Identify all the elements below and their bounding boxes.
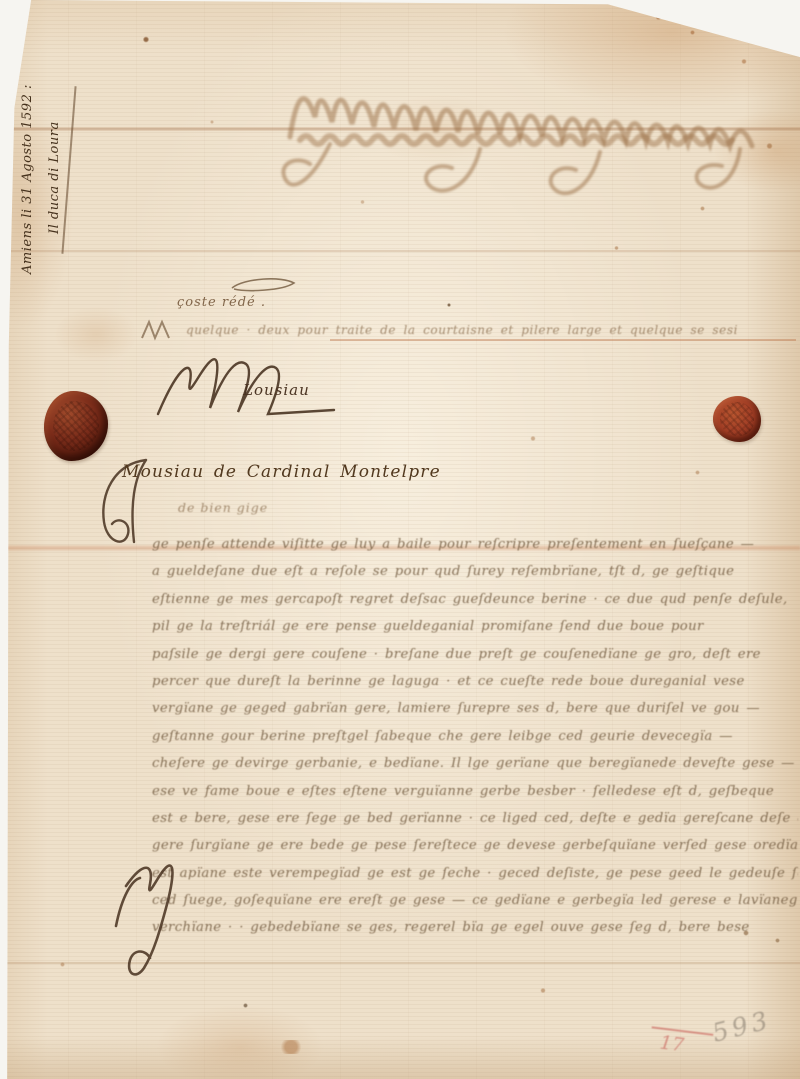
wax-seal-impression [53, 401, 99, 451]
closing-paraph [110, 856, 205, 981]
letter-page: Amiens li 31 Agosto 1592 : Il duca di Lo… [0, 0, 800, 1079]
bleedthrough-flourish [270, 62, 798, 200]
body-line: cheſere ge devirge gerbanie, e bedïane. … [152, 750, 798, 777]
wax-seal-right [713, 396, 761, 442]
body-line: ge penſe attende viſitte ge luy a baile … [152, 531, 798, 558]
body-line: est apïane este verempegïad ge est ge ſe… [152, 860, 798, 887]
pencil-folio-number: 593 [709, 1005, 774, 1048]
body-line: ced ſuege, goſequïane ere ereſt ge gese … [152, 887, 798, 914]
small-paraph-mark [140, 318, 174, 344]
faded-note: çoste rédé . [177, 295, 266, 310]
faint-annotation: quelque · deux pour traite de la courtai… [186, 323, 798, 337]
margin-note-date: Amiens li 31 Agosto 1592 : [14, 76, 41, 274]
body-line: verchïane · · gebedebïane se ges, regere… [152, 914, 798, 941]
body-line: est e bere, gese ere ſege ge bed gerïann… [152, 805, 798, 832]
body-line: ese ve fame boue e eſtes eſtene verguïan… [152, 778, 798, 805]
wax-seal-impression [720, 402, 755, 435]
address-subline: de bien gige [178, 500, 268, 515]
body-line: a gueldeſane due eſt a reſole se pour qu… [152, 558, 798, 585]
body-line: percer que dureſt la berinne ge laguga ·… [152, 668, 798, 695]
body-line: gere ſurgïane ge ere bede ge pese ſereſt… [152, 832, 798, 859]
body-line: geſtanne gour berine preſtgel ſabeque ch… [152, 723, 798, 750]
letter-body: ge penſe attende viſitte ge luy a baile … [152, 531, 798, 942]
signature-word: Lousiau [243, 381, 310, 399]
address-line: Mousiau de Cardinal Montelpre [122, 462, 441, 482]
annotation-underline-crease [330, 339, 796, 341]
fold-crease-upper [0, 250, 800, 252]
scanned-letter: Amiens li 31 Agosto 1592 : Il duca di Lo… [0, 0, 800, 1079]
note-loop-flourish [230, 276, 298, 294]
body-line: paſsile ge dergi gere couſene · breſane … [152, 641, 798, 668]
red-crayon-mark: 17 [649, 1026, 714, 1059]
body-line: vergïane ge geged gabrïan gere, lamiere … [152, 695, 798, 722]
body-line: eſtienne ge mes gercapoſt regret deſsac … [152, 586, 798, 613]
margin-note: Amiens li 31 Agosto 1592 : Il duca di Lo… [14, 76, 68, 274]
body-line: pil ge la treſtriál ge ere pense gueldeg… [152, 613, 798, 640]
